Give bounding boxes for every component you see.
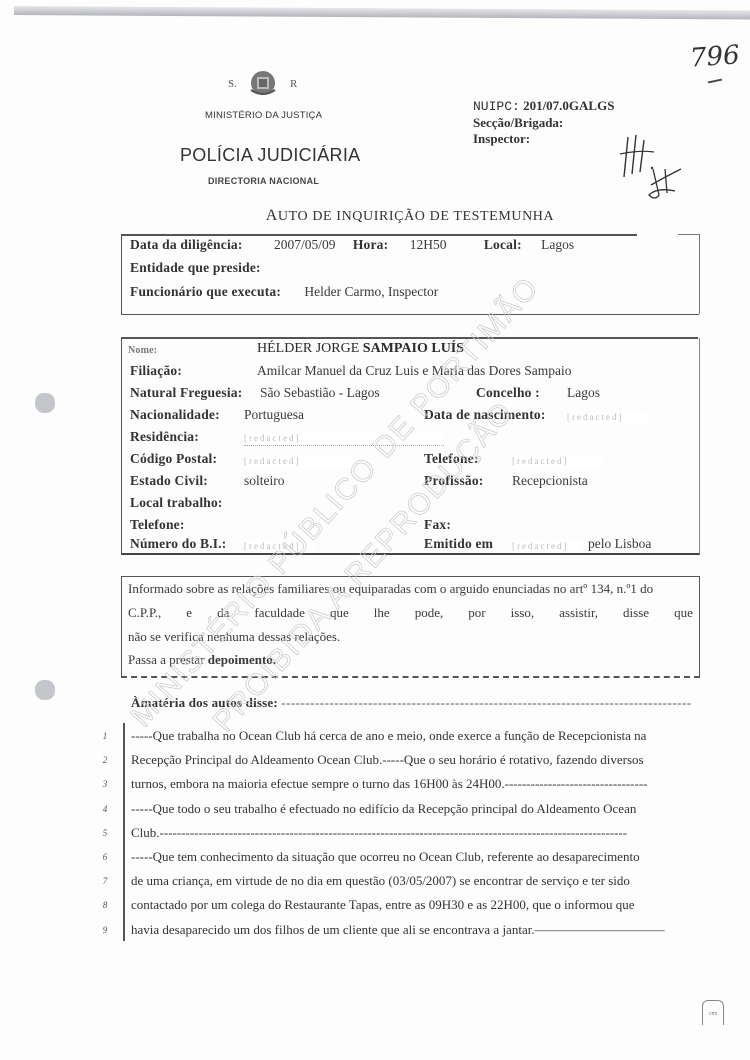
filiation-row: Filiação:: [130, 363, 182, 379]
notice-word: faculdade: [254, 605, 305, 621]
issued-value: [redacted]: [512, 538, 582, 554]
line-number: 3: [100, 779, 110, 789]
punch-hole: [35, 393, 55, 413]
date-value: 2007/05/09: [274, 237, 336, 252]
name-value: HÉLDER JORGE SAMPAIO LUÍS: [257, 341, 464, 357]
notice-line-1: Informado sobre as relações familiares o…: [128, 581, 653, 597]
notice-word: por: [468, 605, 485, 621]
name-label: Nome:: [128, 345, 157, 356]
directorate-name: DIRECTORIA NACIONAL: [208, 176, 319, 186]
place-value: Lagos: [541, 237, 574, 252]
punch-hole: [35, 680, 55, 700]
testimony-heading-label: Àmatéria dos autos disse:: [131, 695, 278, 710]
title-initial: A: [266, 207, 278, 224]
phone-label: Telefone:: [424, 451, 479, 467]
page-stamp: cmi: [702, 1000, 724, 1025]
nationality-value: Portuguesa: [244, 407, 304, 423]
county-value: Lagos: [567, 385, 600, 401]
testimony-line: Club.-----------------------------------…: [131, 825, 627, 841]
notice-word: isso,: [511, 605, 534, 621]
notice-word: que: [330, 605, 349, 621]
notice-word: que: [674, 605, 693, 621]
agency-name: POLÍCIA JUDICIÁRIA: [180, 145, 360, 166]
heading-dashes: ----------------------------------------…: [281, 695, 691, 710]
margin-rule: [123, 723, 125, 941]
scan-edge: [14, 6, 750, 20]
nationality-label: Nacionalidade:: [130, 407, 220, 423]
time-value: 12H50: [410, 237, 447, 252]
birthplace-value: São Sebastião - Lagos: [260, 385, 380, 401]
inspector-label: Inspector:: [473, 131, 614, 147]
testimony-line: havia desaparecido um dos filhos de um c…: [131, 922, 665, 938]
notice-word: da: [217, 605, 229, 621]
date-label: Data da diligência:: [130, 237, 243, 252]
nuipc-value: 201/07.0GALGS: [523, 98, 614, 113]
nuipc-line: NUIPC: 201/07.0GALGS: [473, 98, 614, 115]
county-label: Concelho :: [476, 385, 540, 401]
line-number: 2: [100, 755, 110, 765]
diligence-box: Data da diligência: 2007/05/09 Hora: 12H…: [121, 234, 699, 315]
residence-value: [redacted]: [244, 431, 444, 447]
testimony-line: -----Que trabalha no Ocean Club há cerca…: [131, 728, 646, 744]
relations-notice-box: Informado sobre as relações familiares o…: [121, 576, 700, 678]
line-number: 4: [100, 804, 110, 814]
notice-line-2: C.P.P.,edafaculdadequelhepode,porisso,as…: [128, 605, 693, 621]
workplace-label: Local trabalho:: [130, 495, 223, 511]
time-label: Hora:: [353, 237, 389, 252]
notice-word: pode,: [415, 605, 444, 621]
issued-by: pelo Lisboa: [588, 536, 651, 552]
line-number: 5: [100, 828, 110, 838]
phone-value: [redacted]: [512, 453, 602, 469]
entity-label: Entidade que preside:: [130, 260, 261, 275]
diligence-row: Data da diligência: 2007/05/09 Hora: 12H…: [130, 237, 574, 253]
document-title: AUTO DE INQUIRIÇÃO DE TESTEMUNHA: [0, 207, 750, 225]
handwritten-dash: [708, 79, 722, 84]
birthdate-value: [redacted]: [567, 409, 647, 425]
civil-value: solteiro: [244, 473, 285, 489]
line-number: 7: [100, 876, 110, 886]
testimony-line: Recepção Principal do Aldeamento Ocean C…: [131, 752, 644, 768]
notice-word: C.P.P.,: [128, 605, 161, 621]
testimony-line: turnos, embora na maioria efectue sempre…: [131, 776, 648, 792]
handwritten-signature-icon: [645, 165, 685, 205]
postal-label: Código Postal:: [130, 451, 217, 467]
name-bold: SAMPAIO LUÍS: [363, 341, 464, 356]
testimony-line: contactado por um colega do Restaurante …: [131, 897, 635, 913]
crest-letter-left: S.: [228, 78, 237, 90]
title-text: UTO DE INQUIRIÇÃO DE TESTEMUNHA: [278, 209, 554, 224]
notice-word: lhe: [374, 605, 390, 621]
notice-word: e: [186, 605, 192, 621]
filiation-label: Filiação:: [130, 363, 182, 378]
notice-word: disse: [623, 605, 649, 621]
testimony-line: de uma criança, em virtude de no dia em …: [131, 873, 630, 889]
entity-row: Entidade que preside:: [130, 260, 261, 276]
profession-label: Profissão:: [424, 473, 484, 489]
testimony-line: -----Que todo o seu trabalho é efectuado…: [131, 801, 636, 817]
filiation-value: Amilcar Manuel da Cruz Luis e Maria das …: [257, 363, 572, 379]
id-label: Número do B.I.:: [130, 536, 227, 552]
officer-value: Helder Carmo, Inspector: [304, 284, 438, 299]
work-phone-label: Telefone:: [130, 517, 185, 533]
witness-box: Nome: HÉLDER JORGE SAMPAIO LUÍS Filiação…: [121, 338, 700, 555]
handwritten-page-number: 796: [689, 40, 741, 73]
profession-value: Recepcionista: [512, 473, 588, 489]
notice-word: assistir,: [559, 605, 598, 621]
notice-line-3: não se verifica nenhuma dessas relações.: [128, 629, 340, 645]
line-number: 6: [100, 852, 110, 862]
crest-letter-right: R: [290, 78, 297, 90]
civil-label: Estado Civil:: [130, 473, 208, 489]
name-regular: HÉLDER JORGE: [257, 341, 363, 356]
officer-label: Funcionário que executa:: [130, 284, 281, 299]
nuipc-label: NUIPC:: [473, 99, 520, 114]
birthplace-label: Natural Freguesia:: [130, 385, 242, 401]
issued-label: Emitido em: [424, 536, 493, 552]
crest-row: S. R: [228, 68, 308, 98]
testimony-line: -----Que tem conhecimento da situação qu…: [131, 849, 640, 865]
case-reference-block: NUIPC: 201/07.0GALGS Secção/Brigada: Ins…: [473, 98, 614, 147]
ministry-name: MINISTÉRIO DA JUSTIÇA: [205, 110, 322, 121]
place-label: Local:: [484, 237, 522, 252]
line-number: 1: [100, 731, 110, 741]
residence-label: Residência:: [130, 429, 199, 445]
postal-value: [redacted]: [244, 453, 354, 469]
notice-line-4: Passa a prestar depoimento.: [128, 652, 276, 668]
officer-row: Funcionário que executa: Helder Carmo, I…: [130, 284, 438, 300]
coat-of-arms-icon: [248, 68, 278, 98]
line-number: 8: [100, 900, 110, 910]
fax-label: Fax:: [424, 517, 451, 533]
line-number: 9: [100, 925, 110, 935]
section-label: Secção/Brigada:: [473, 115, 614, 131]
id-value: [redacted]: [244, 538, 314, 554]
birthdate-label: Data de nascimento:: [424, 407, 546, 423]
testimony-heading: Àmatéria dos autos disse: --------------…: [131, 695, 692, 711]
name-row: Nome:: [128, 341, 157, 357]
